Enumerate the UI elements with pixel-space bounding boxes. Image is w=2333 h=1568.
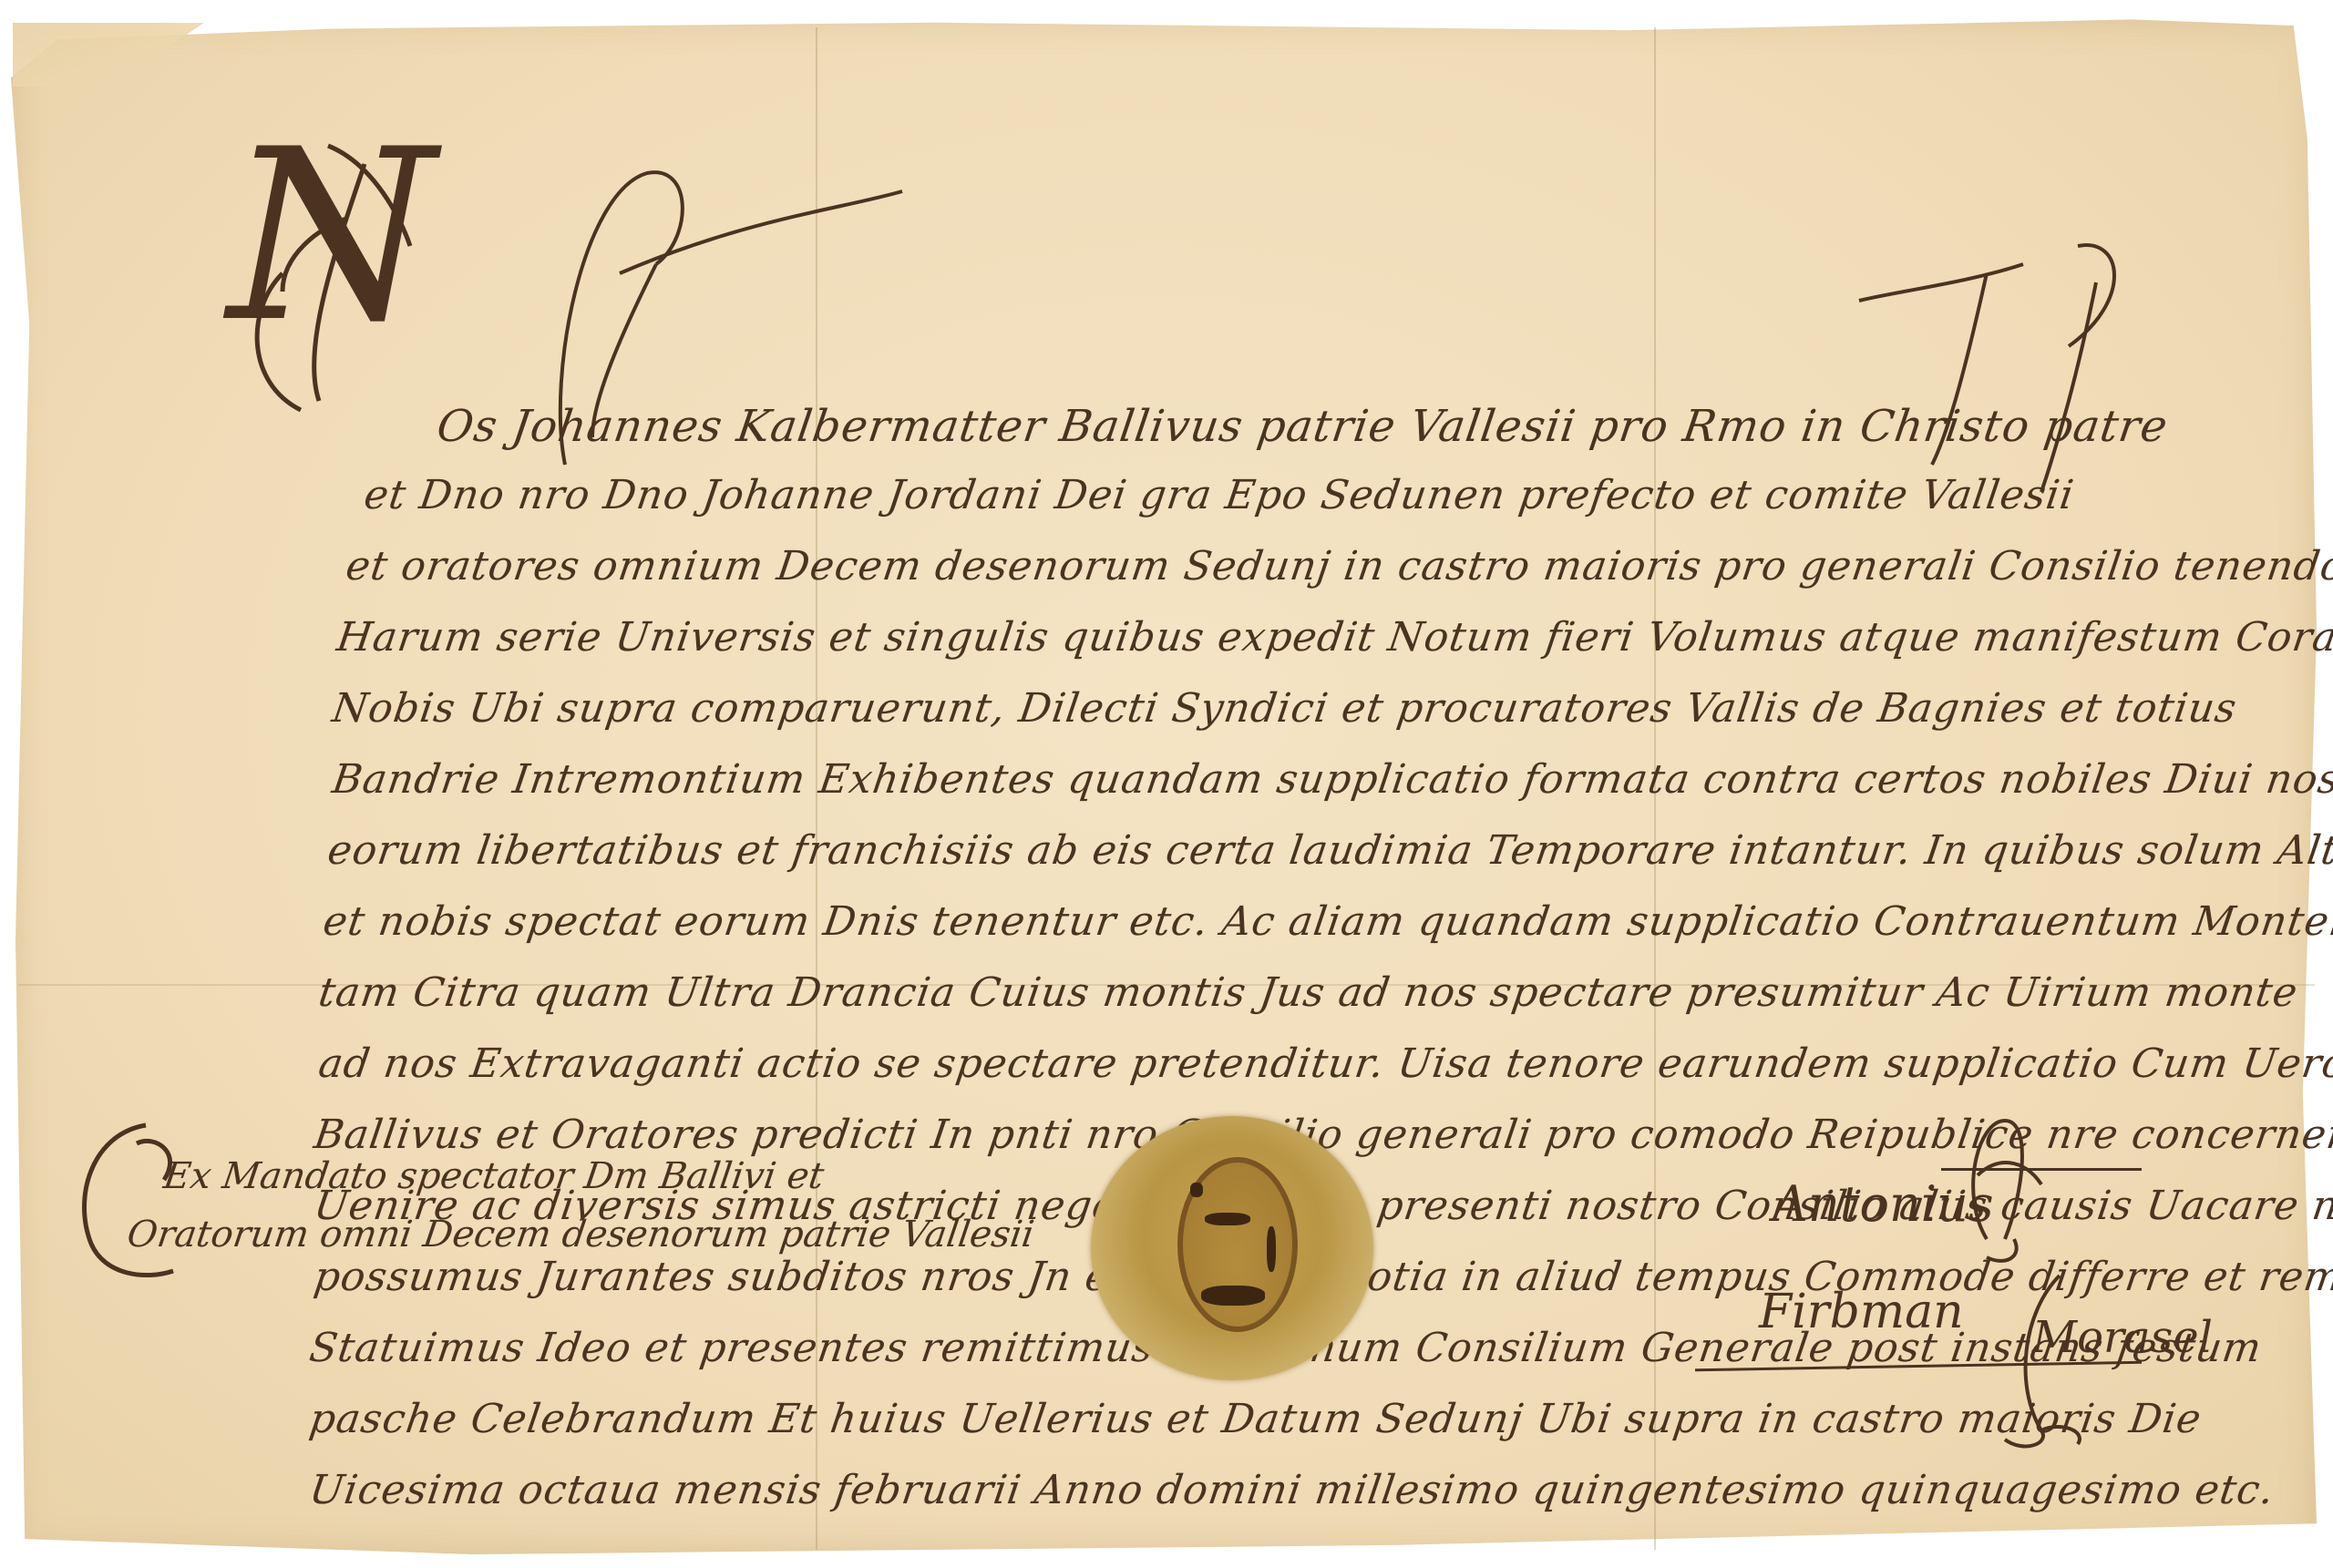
body-line: et Dno nro Dno Johanne Jordani Dei gra E… (361, 472, 2077, 518)
body-line: Harum serie Universis et singulis quibus… (334, 614, 2333, 661)
body-line: et oratores omnium Decem desenorum Sedun… (343, 543, 2333, 589)
body-line: Uicesima octaua mensis februarii Anno do… (306, 1467, 2276, 1513)
marginal-note-line-1: Ex Mandato spectator Dm Ballivi et (161, 1155, 827, 1197)
body-line: ad nos Extravaganti actio se spectare pr… (315, 1040, 2333, 1087)
signature-firbman: Firbman (1759, 1285, 1964, 1339)
body-line: Nobis Ubi supra comparuerunt, Dilecti Sy… (329, 685, 2239, 732)
seal-mark (1190, 1183, 1203, 1197)
signature-strike-line (1941, 1168, 2142, 1171)
body-line: tam Citra quam Ultra Drancia Cuius monti… (315, 969, 2300, 1016)
body-line: eorum libertatibus et franchisiis ab eis… (324, 827, 2333, 874)
body-line: Bandrie Intremontium Exhibentes quandam … (329, 756, 2333, 803)
seal-impression (1177, 1157, 1298, 1332)
marginal-note-line-2: Oratorum omni Decem desenorum patrie Val… (125, 1214, 1037, 1255)
wax-seal (1091, 1116, 1373, 1380)
heading-line: Os Johannes Kalbermatter Ballivus patrie… (434, 401, 2171, 452)
seal-mark (1267, 1226, 1276, 1272)
seal-mark (1201, 1286, 1265, 1306)
decorated-initial: N (228, 118, 436, 355)
body-line: pasche Celebrandum Et huius Uellerius et… (306, 1396, 2205, 1442)
body-line: et nobis spectat eorum Dnis tenentur etc… (320, 898, 2333, 945)
signature-antonius: Antonius (1773, 1175, 1994, 1233)
seal-mark (1205, 1213, 1250, 1225)
right-flourish-icon (1786, 228, 2169, 501)
signature-mark: Morasel (2032, 1312, 2213, 1363)
